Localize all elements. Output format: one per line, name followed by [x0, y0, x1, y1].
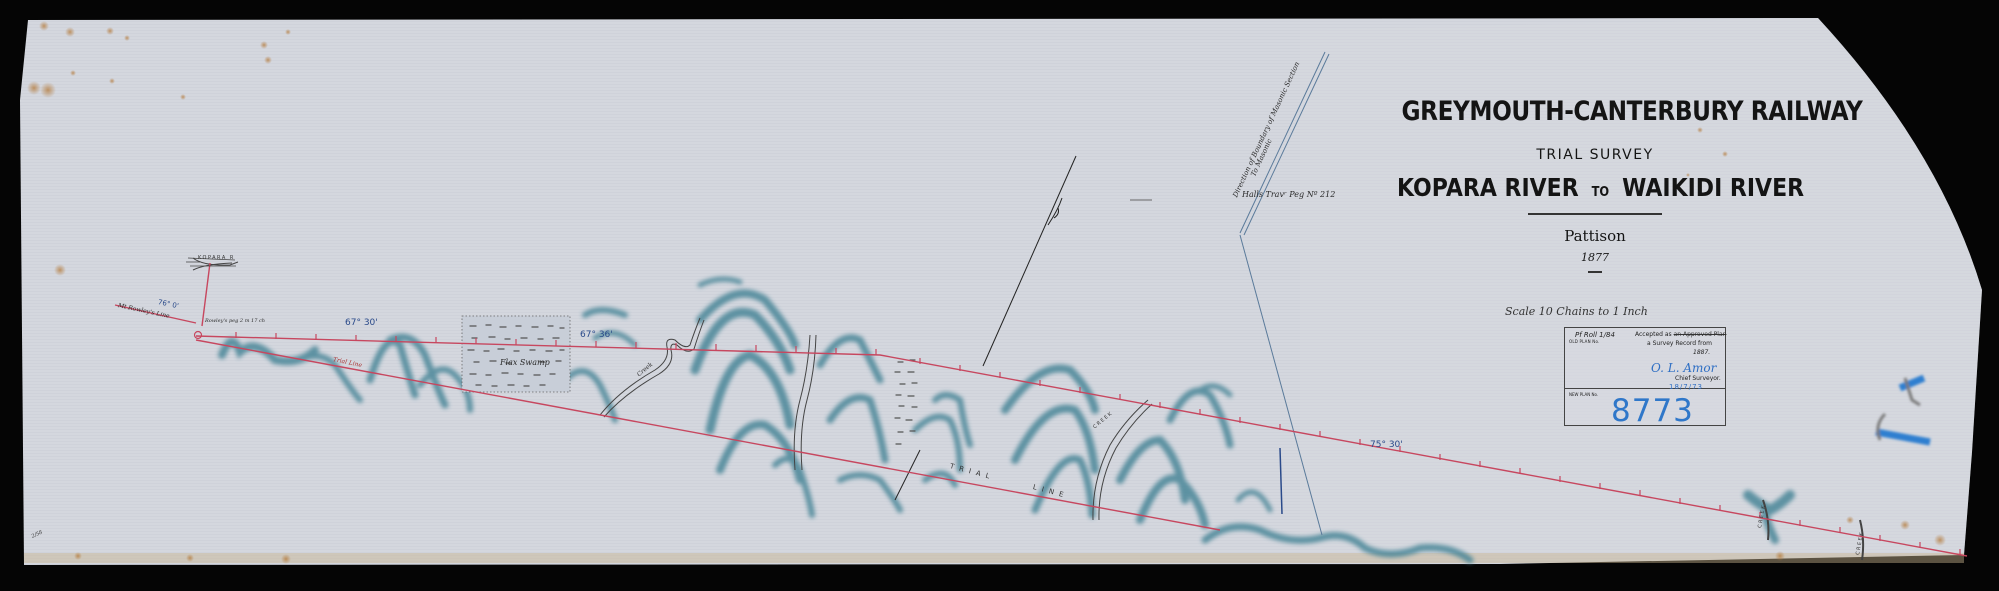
start-peg-label: Rowley's peg 2 m 17 ch	[205, 318, 265, 324]
map-subtitle: TRIAL SURVEY	[1370, 147, 1820, 163]
bearing-2: 67° 36'	[580, 330, 613, 340]
kopara-river-label: KOPARA R	[198, 255, 235, 261]
accepted-line-1: Accepted as an Approved Plan	[1635, 331, 1726, 338]
stamp-upper: Pf Roll 1/84 OLD PLAN No. Accepted as an…	[1565, 328, 1725, 389]
route-from: KOPARA RIVER	[1397, 173, 1579, 202]
flax-swamp-label: Flax Swamp	[500, 358, 550, 367]
halls-peg-label: Halls Travʳ Peg Nº 212	[1242, 190, 1335, 199]
accepted-text: Accepted as	[1635, 331, 1672, 338]
year-rule	[1588, 271, 1602, 273]
signature: O. L. Amor	[1651, 361, 1716, 375]
signatory-title: Chief Surveyor.	[1675, 375, 1721, 382]
struck-text: an Approved Plan	[1674, 331, 1727, 338]
map-scale: Scale 10 Chains to 1 Inch	[1505, 305, 1648, 318]
map-title: GREYMOUTH-CANTERBURY RAILWAY	[1402, 96, 1789, 127]
accepted-year: 1887.	[1693, 349, 1710, 356]
accepted-line-2: a Survey Record from	[1647, 340, 1712, 347]
old-plan-number: Pf Roll 1/84	[1575, 331, 1615, 339]
route-title: KOPARA RIVER TO WAIKIDI RIVER	[1397, 173, 1793, 202]
title-block: GREYMOUTH-CANTERBURY RAILWAY TRIAL SURVE…	[1370, 96, 1820, 273]
old-plan-label: OLD PLAN No.	[1569, 339, 1600, 344]
new-plan-label: NEW PLAN No.	[1569, 392, 1598, 397]
map-canvas	[0, 0, 1999, 591]
new-plan-number: 8773	[1611, 393, 1694, 429]
title-rule	[1528, 213, 1662, 215]
flax-swamp	[462, 316, 570, 392]
survey-year: 1877	[1370, 251, 1820, 264]
bearing-3: 75° 30'	[1370, 440, 1403, 450]
bearing-1: 67° 30'	[345, 318, 378, 328]
survey-map: GREYMOUTH-CANTERBURY RAILWAY TRIAL SURVE…	[0, 0, 1999, 591]
stamp-date: 18/7/73	[1669, 383, 1703, 391]
surveyor-name: Pattison	[1370, 227, 1820, 245]
route-to-word: TO	[1592, 185, 1610, 200]
route-to: WAIKIDI RIVER	[1622, 173, 1804, 202]
plan-record-stamp: Pf Roll 1/84 OLD PLAN No. Accepted as an…	[1564, 327, 1726, 426]
